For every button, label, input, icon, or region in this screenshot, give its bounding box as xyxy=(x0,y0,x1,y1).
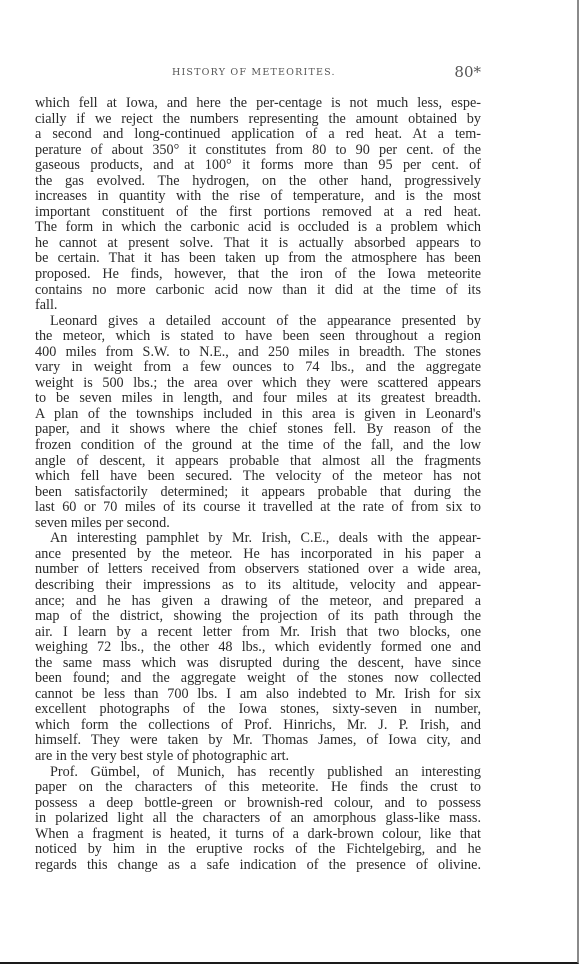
paragraph-gumbel-paper: Prof. Gümbel, of Munich, has recently pu… xyxy=(35,765,481,874)
text-line: frozen condition of the ground at the ti… xyxy=(35,438,481,454)
body-text: which fell at Iowa, and here the per-cen… xyxy=(35,96,481,873)
text-line: vary in weight from a few ounces to 74 l… xyxy=(35,360,481,376)
text-line: be certain. That it has been taken up fr… xyxy=(35,251,481,267)
text-line: angle of descent, it appears probable th… xyxy=(35,454,481,470)
running-head: HISTORY OF METEORITES. 80* xyxy=(37,64,481,84)
text-line: to be seven miles in length, and four mi… xyxy=(35,391,481,407)
text-line: gaseous products, and at 100° it forms m… xyxy=(35,158,481,174)
text-line: When a fragment is heated, it turns of a… xyxy=(35,827,481,843)
text-line: which form the collections of Prof. Hinr… xyxy=(35,718,481,734)
text-line: proposed. He finds, however, that the ir… xyxy=(35,267,481,283)
text-line: ance presented by the meteor. He has inc… xyxy=(35,547,481,563)
text-line: noticed by him in the eruptive rocks of … xyxy=(35,842,481,858)
text-line: perature of about 350° it constitutes fr… xyxy=(35,143,481,159)
text-line: the same mass which was disrupted during… xyxy=(35,656,481,672)
text-line: 400 miles from S.W. to N.E., and 250 mil… xyxy=(35,345,481,361)
text-line: number of letters received from observer… xyxy=(35,562,481,578)
paragraph-leonard-account: Leonard gives a detailed account of the … xyxy=(35,314,481,532)
text-line: ance; and he has given a drawing of the … xyxy=(35,594,481,610)
text-line: weighing 72 lbs., the other 48 lbs., whi… xyxy=(35,640,481,656)
text-line: describing their impressions as to its a… xyxy=(35,578,481,594)
text-line: A plan of the townships included in this… xyxy=(35,407,481,423)
text-line: are in the very best style of photograph… xyxy=(35,749,481,765)
text-line: paper on the characters of this meteorit… xyxy=(35,780,481,796)
page-number: 80* xyxy=(454,63,481,81)
text-line: the gas evolved. The hydrogen, on the ot… xyxy=(35,174,481,190)
text-line: fall. xyxy=(35,298,481,314)
text-line: contains no more carbonic acid now than … xyxy=(35,283,481,299)
text-line: possess a deep bottle-green or brownish-… xyxy=(35,796,481,812)
text-line: the meteor, which is stated to have been… xyxy=(35,329,481,345)
text-line: he cannot at present solve. That it is a… xyxy=(35,236,481,252)
text-line: cannot be less than 700 lbs. I am also i… xyxy=(35,687,481,703)
text-line: in polarized light all the characters of… xyxy=(35,811,481,827)
text-line: which fell have been secured. The veloci… xyxy=(35,469,481,485)
paragraph-iowa-gases: which fell at Iowa, and here the per-cen… xyxy=(35,96,481,314)
text-line: cially if we reject the numbers represen… xyxy=(35,112,481,128)
text-line: seven miles per second. xyxy=(35,516,481,532)
text-line: excellent photographs of the Iowa stones… xyxy=(35,702,481,718)
text-line: increases in quantity with the rise of t… xyxy=(35,189,481,205)
text-line: last 60 or 70 miles of its course it tra… xyxy=(35,500,481,516)
text-line: which fell at Iowa, and here the per-cen… xyxy=(35,96,481,112)
text-line: Prof. Gümbel, of Munich, has recently pu… xyxy=(35,765,481,781)
text-line: been found; and the aggregate weight of … xyxy=(35,671,481,687)
text-line: paper, and it shows where the chief ston… xyxy=(35,422,481,438)
text-line: weight is 500 lbs.; the area over which … xyxy=(35,376,481,392)
text-line: important constituent of the first porti… xyxy=(35,205,481,221)
text-line: air. I learn by a recent letter from Mr.… xyxy=(35,625,481,641)
scanned-page: HISTORY OF METEORITES. 80* which fell at… xyxy=(0,0,579,964)
running-title: HISTORY OF METEORITES. xyxy=(172,67,336,78)
text-line: himself. They were taken by Mr. Thomas J… xyxy=(35,733,481,749)
text-line: regards this change as a safe indication… xyxy=(35,858,481,874)
text-line: been satisfactorily determined; it appea… xyxy=(35,485,481,501)
text-line: An interesting pamphlet by Mr. Irish, C.… xyxy=(35,531,481,547)
paragraph-irish-pamphlet: An interesting pamphlet by Mr. Irish, C.… xyxy=(35,531,481,764)
text-line: map of the district, showing the project… xyxy=(35,609,481,625)
text-line: The form in which the carbonic acid is o… xyxy=(35,220,481,236)
text-line: a second and long-continued application … xyxy=(35,127,481,143)
text-line: Leonard gives a detailed account of the … xyxy=(35,314,481,330)
